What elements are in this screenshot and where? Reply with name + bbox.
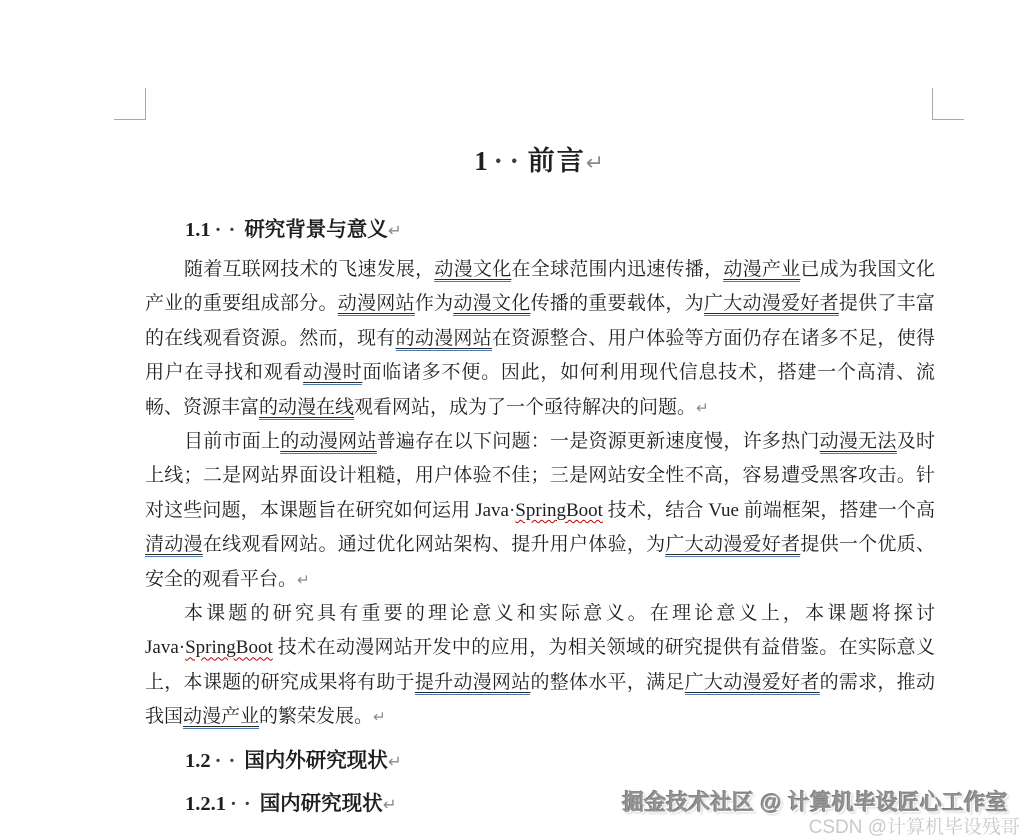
text-boundary-corner-left-icon bbox=[114, 88, 146, 120]
text-run: 1.2.1 bbox=[185, 793, 226, 815]
underlined-text: 的动漫在线 bbox=[259, 397, 354, 420]
body-paragraph: 目前市面上的动漫网站普遍存在以下问题：一是资源更新速度慢，许多热门动漫无法及时上… bbox=[145, 425, 935, 597]
text-run: 前言 bbox=[528, 146, 586, 176]
text-run: 在全球范围内迅速传播， bbox=[511, 259, 723, 280]
document-title: 1··前言↵ bbox=[145, 141, 935, 184]
text-run: 1 bbox=[474, 146, 490, 176]
text-run: 的繁荣发展。 bbox=[259, 706, 373, 727]
paragraph-mark: ↵ bbox=[388, 221, 402, 240]
space-marks: ·· bbox=[211, 750, 245, 772]
watermark-csdn: CSDN @计算机毕设残哥 bbox=[809, 812, 1020, 839]
text-run: 的整体水平，满足 bbox=[530, 672, 684, 693]
underlined-text: 广大动漫爱好者 bbox=[685, 672, 820, 695]
paragraph-mark: ↵ bbox=[297, 571, 310, 589]
spellcheck-text: SpringBoot bbox=[185, 637, 273, 658]
paragraph-mark: ↵ bbox=[586, 151, 606, 176]
text-run: 国内研究现状 bbox=[260, 793, 383, 815]
text-run: 研究背景与意义 bbox=[244, 219, 388, 241]
body-paragraph: 本课题的研究具有重要的理论意义和实际意义。在理论意义上，本课题将探讨 Java·… bbox=[145, 597, 935, 735]
underlined-text: 广大动漫爱好者 bbox=[665, 534, 800, 557]
space-marks: ·· bbox=[490, 146, 528, 176]
text-run: 普遍存在以下问题：一是资源更新速度慢，许多热门 bbox=[377, 431, 820, 452]
document-page: 1··前言↵1.1··研究背景与意义↵随着互联网技术的飞速发展，动漫文化在全球范… bbox=[0, 0, 1028, 840]
text-run: 在线观看网站。通过优化网站架构、提升用户体验，为 bbox=[203, 534, 666, 555]
body-paragraph: 随着互联网技术的飞速发展，动漫文化在全球范围内迅速传播，动漫产业已成为我国文化产… bbox=[145, 253, 935, 425]
spellcheck-text: SpringBoot bbox=[515, 500, 603, 521]
underlined-text: 广大动漫爱好者 bbox=[704, 293, 839, 316]
text-run: 随着互联网技术的飞速发展， bbox=[184, 259, 434, 280]
text-run: 目前市面上 bbox=[184, 431, 280, 452]
underlined-text: 清动漫 bbox=[145, 534, 203, 557]
underlined-text: 动漫产业 bbox=[183, 706, 259, 729]
paragraph-mark: ↵ bbox=[383, 795, 397, 814]
underlined-text: 动漫时 bbox=[303, 362, 362, 385]
text-run: 技术，结合 Vue 前端框架，搭建一个高 bbox=[603, 500, 935, 521]
paragraph-mark: ↵ bbox=[696, 399, 709, 417]
text-run: 传播的重要载体，为 bbox=[530, 293, 703, 314]
document-body: 1··前言↵1.1··研究背景与意义↵随着互联网技术的飞速发展，动漫文化在全球范… bbox=[145, 141, 935, 827]
space-marks: ·· bbox=[211, 219, 245, 241]
underlined-text: 提升动漫网站 bbox=[415, 672, 531, 695]
underlined-text: 的动漫网站 bbox=[396, 328, 492, 351]
text-run: 1.1 bbox=[185, 219, 211, 241]
underlined-text: 的动漫网站 bbox=[280, 431, 376, 454]
underlined-text: 动漫无法 bbox=[820, 431, 897, 454]
paragraph-mark: ↵ bbox=[373, 708, 386, 726]
space-marks: ·· bbox=[226, 793, 260, 815]
text-run: 观看网站，成为了一个亟待解决的问题。 bbox=[354, 397, 696, 418]
section-heading: 1.2··国内外研究现状↵ bbox=[145, 745, 935, 778]
underlined-text: 动漫文化 bbox=[434, 259, 511, 282]
paragraph-mark: ↵ bbox=[388, 752, 402, 771]
text-boundary-corner-right-icon bbox=[932, 88, 964, 120]
underlined-text: 动漫文化 bbox=[453, 293, 530, 316]
underlined-text: 动漫产业 bbox=[723, 259, 800, 282]
text-run: 作为 bbox=[415, 293, 454, 314]
section-heading: 1.1··研究背景与意义↵ bbox=[145, 214, 935, 247]
underlined-text: 动漫网站 bbox=[338, 293, 415, 316]
text-run: 1.2 bbox=[185, 750, 211, 772]
text-run: 国内外研究现状 bbox=[244, 750, 388, 772]
